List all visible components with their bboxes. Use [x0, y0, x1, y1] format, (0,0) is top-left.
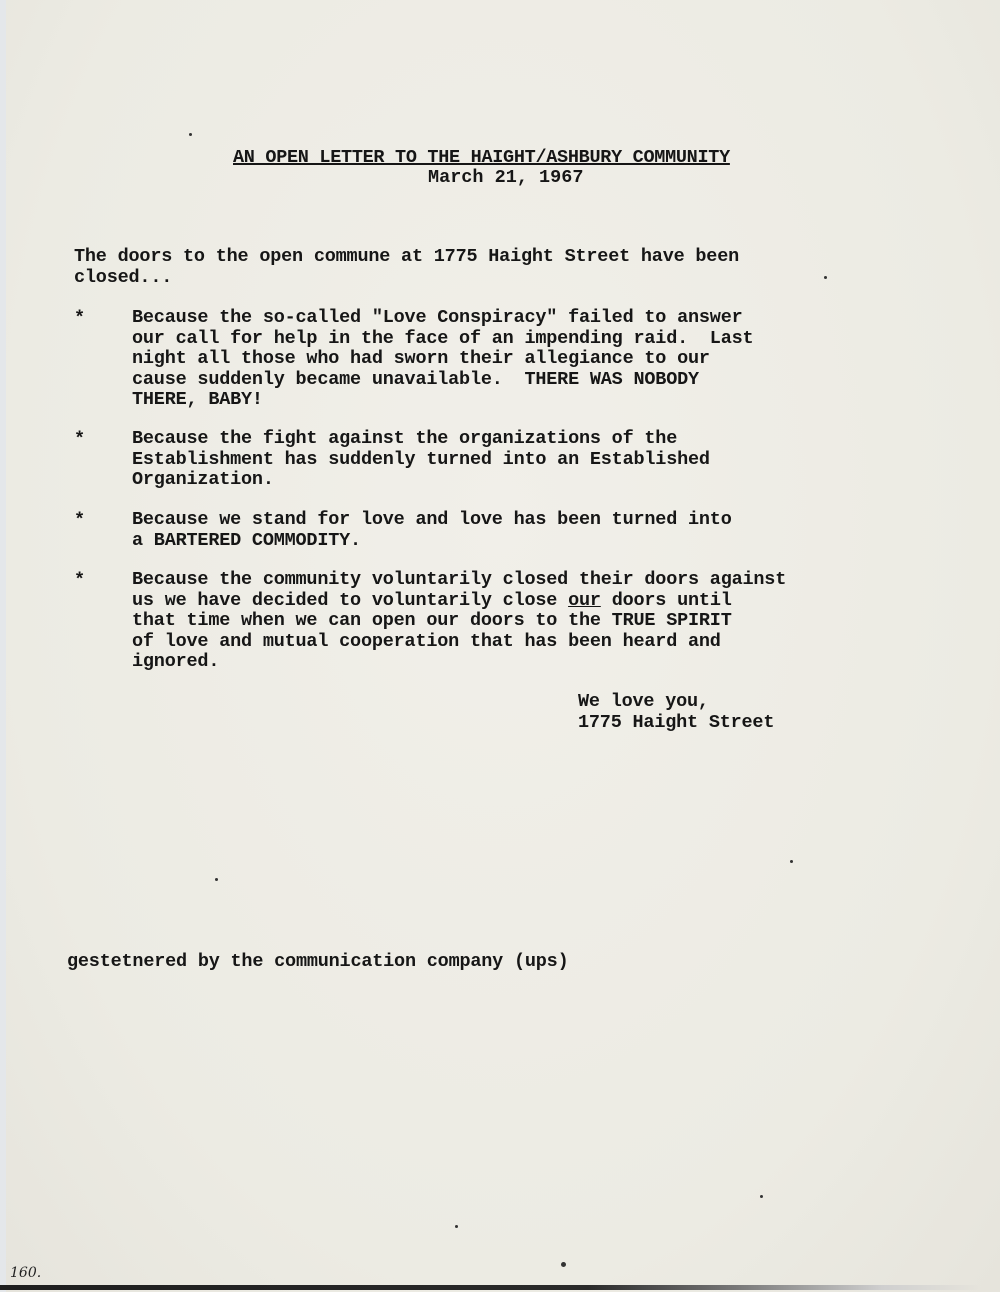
letter-title: AN OPEN LETTER TO THE HAIGHT/ASHBURY COM…: [233, 147, 730, 168]
letter-date: March 21, 1967: [428, 167, 583, 188]
asterisk-bullet-icon: *: [74, 510, 85, 531]
bullet-line: doors until: [601, 590, 732, 611]
ink-speck: [824, 276, 827, 279]
page-number: 160.: [10, 1265, 41, 1281]
asterisk-bullet-icon: *: [74, 570, 85, 591]
bullet-line: us we have decided to voluntarily close: [132, 590, 568, 611]
footer-credit: gestetnered by the communication company…: [67, 952, 568, 973]
asterisk-bullet-icon: *: [74, 308, 85, 329]
document-page: AN OPEN LETTER TO THE HAIGHT/ASHBURY COM…: [0, 0, 1000, 1292]
ink-speck: [760, 1195, 763, 1198]
scan-bottom-edge: [0, 1285, 980, 1290]
bullet-line: that time when we can open our doors to …: [132, 610, 732, 672]
ink-speck: [790, 860, 793, 863]
ink-speck: [561, 1262, 566, 1267]
bullet-text: Because the community voluntarily closed…: [132, 570, 786, 673]
bullet-text: Because the so-called "Love Conspiracy" …: [132, 308, 753, 411]
ink-speck: [189, 133, 192, 136]
ink-speck: [455, 1225, 458, 1228]
bullet-text: Because we stand for love and love has b…: [132, 510, 732, 551]
bullet-text: Because the fight against the organizati…: [132, 429, 710, 491]
scan-edge: [0, 0, 6, 1292]
intro-paragraph: The doors to the open commune at 1775 Ha…: [74, 247, 739, 288]
signoff: We love you, 1775 Haight Street: [578, 692, 774, 733]
emphasized-word: our: [568, 590, 601, 611]
ink-speck: [215, 878, 218, 881]
bullet-line: Because the community voluntarily closed…: [132, 569, 786, 590]
asterisk-bullet-icon: *: [74, 429, 85, 450]
